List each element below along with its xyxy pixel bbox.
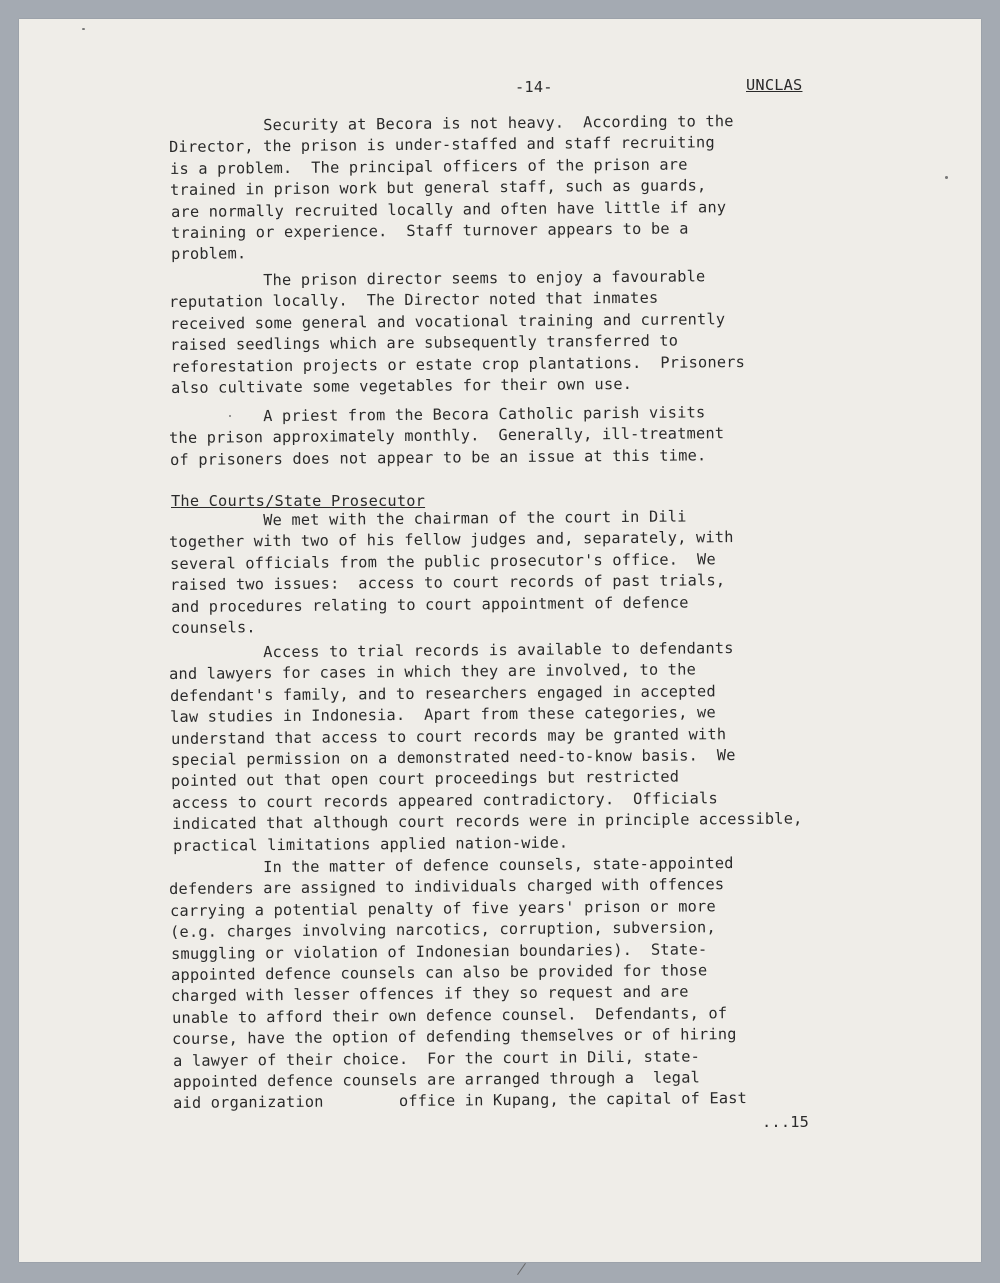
text-line: understand that access to court records … [171, 725, 726, 750]
text-line: smuggling or violation of Indonesian bou… [171, 940, 707, 965]
paper-speck [945, 176, 948, 179]
text-line: indicated that although court records we… [172, 810, 803, 836]
text-line: raised seedlings which are subsequently … [170, 332, 678, 356]
page-number: -14- [515, 78, 553, 96]
text-line: training or experience. Staff turnover a… [171, 219, 689, 244]
text-line: (e.g. charges involving narcotics, corru… [170, 918, 716, 943]
text-line: charged with lesser offences if they so … [171, 983, 689, 1008]
text-line: and procedures relating to court appoint… [171, 593, 689, 618]
text-line: also cultivate some vegetables for their… [171, 375, 632, 399]
text-line: course, have the option of defending the… [172, 1025, 737, 1050]
text-line: counsels. [171, 618, 256, 639]
text-line: together with two of his fellow judges a… [169, 528, 734, 553]
pen-mark [517, 1263, 526, 1275]
text-line: trained in prison work but general staff… [170, 177, 706, 202]
text-line: the prison approximately monthly. Genera… [169, 425, 724, 450]
text-line: law studies in Indonesia. Apart from the… [170, 703, 716, 728]
classification-marking: UNCLAS [746, 76, 802, 94]
text-line: problem. [171, 245, 246, 266]
document-page: -14- UNCLAS Security at Becora is not he… [19, 19, 981, 1262]
text-line: is a problem. The principal officers of … [170, 155, 688, 180]
text-line: of prisoners does not appear to be an is… [170, 446, 706, 471]
paper-speck [229, 415, 231, 417]
text-line: reputation locally. The Director noted t… [169, 289, 658, 313]
section-heading: The Courts/State Prosecutor [171, 492, 425, 510]
text-line: reforestation projects or estate crop pl… [171, 353, 745, 378]
text-line: pointed out that open court proceedings … [171, 768, 679, 792]
text-line: aid organization office in Kupang, the c… [173, 1089, 747, 1114]
text-line: a lawyer of their choice. For the court … [173, 1047, 700, 1072]
text-line: practical limitations applied nation-wid… [173, 833, 568, 856]
text-line: raised two issues: access to court recor… [170, 571, 725, 596]
continuation-marker: ...15 [762, 1113, 809, 1131]
text-line: and lawyers for cases in which they are … [169, 661, 696, 686]
text-line: Director, the prison is under-staffed an… [169, 134, 715, 159]
paper-speck [82, 28, 85, 30]
text-line: defenders are assigned to individuals ch… [169, 876, 724, 901]
text-line: are normally recruited locally and often… [171, 198, 726, 223]
